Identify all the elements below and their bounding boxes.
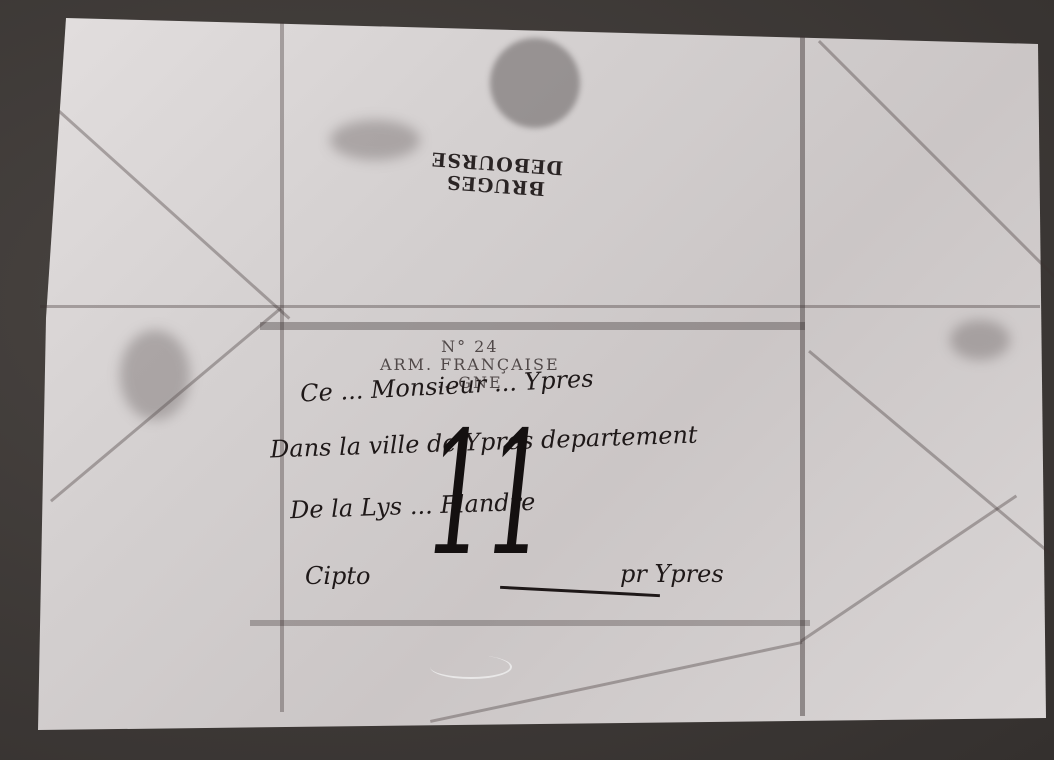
manuscript-rate: 11 bbox=[428, 410, 547, 580]
fold-line bbox=[800, 36, 805, 716]
stain bbox=[120, 330, 190, 420]
fold-line bbox=[260, 322, 805, 330]
stain bbox=[950, 320, 1010, 360]
wax-seal bbox=[490, 38, 580, 128]
stain bbox=[330, 120, 420, 160]
bruges-debourse-handstamp: BRUGES DEBOURSE bbox=[429, 147, 564, 200]
address-line: Cipto bbox=[305, 562, 371, 590]
fold-line bbox=[280, 22, 284, 712]
address-line: pr Ypres bbox=[620, 560, 724, 588]
postmark-line: N° 24 bbox=[380, 338, 560, 356]
fold-line bbox=[250, 620, 810, 626]
fold-line bbox=[40, 305, 1040, 308]
film-scratch bbox=[430, 655, 512, 679]
